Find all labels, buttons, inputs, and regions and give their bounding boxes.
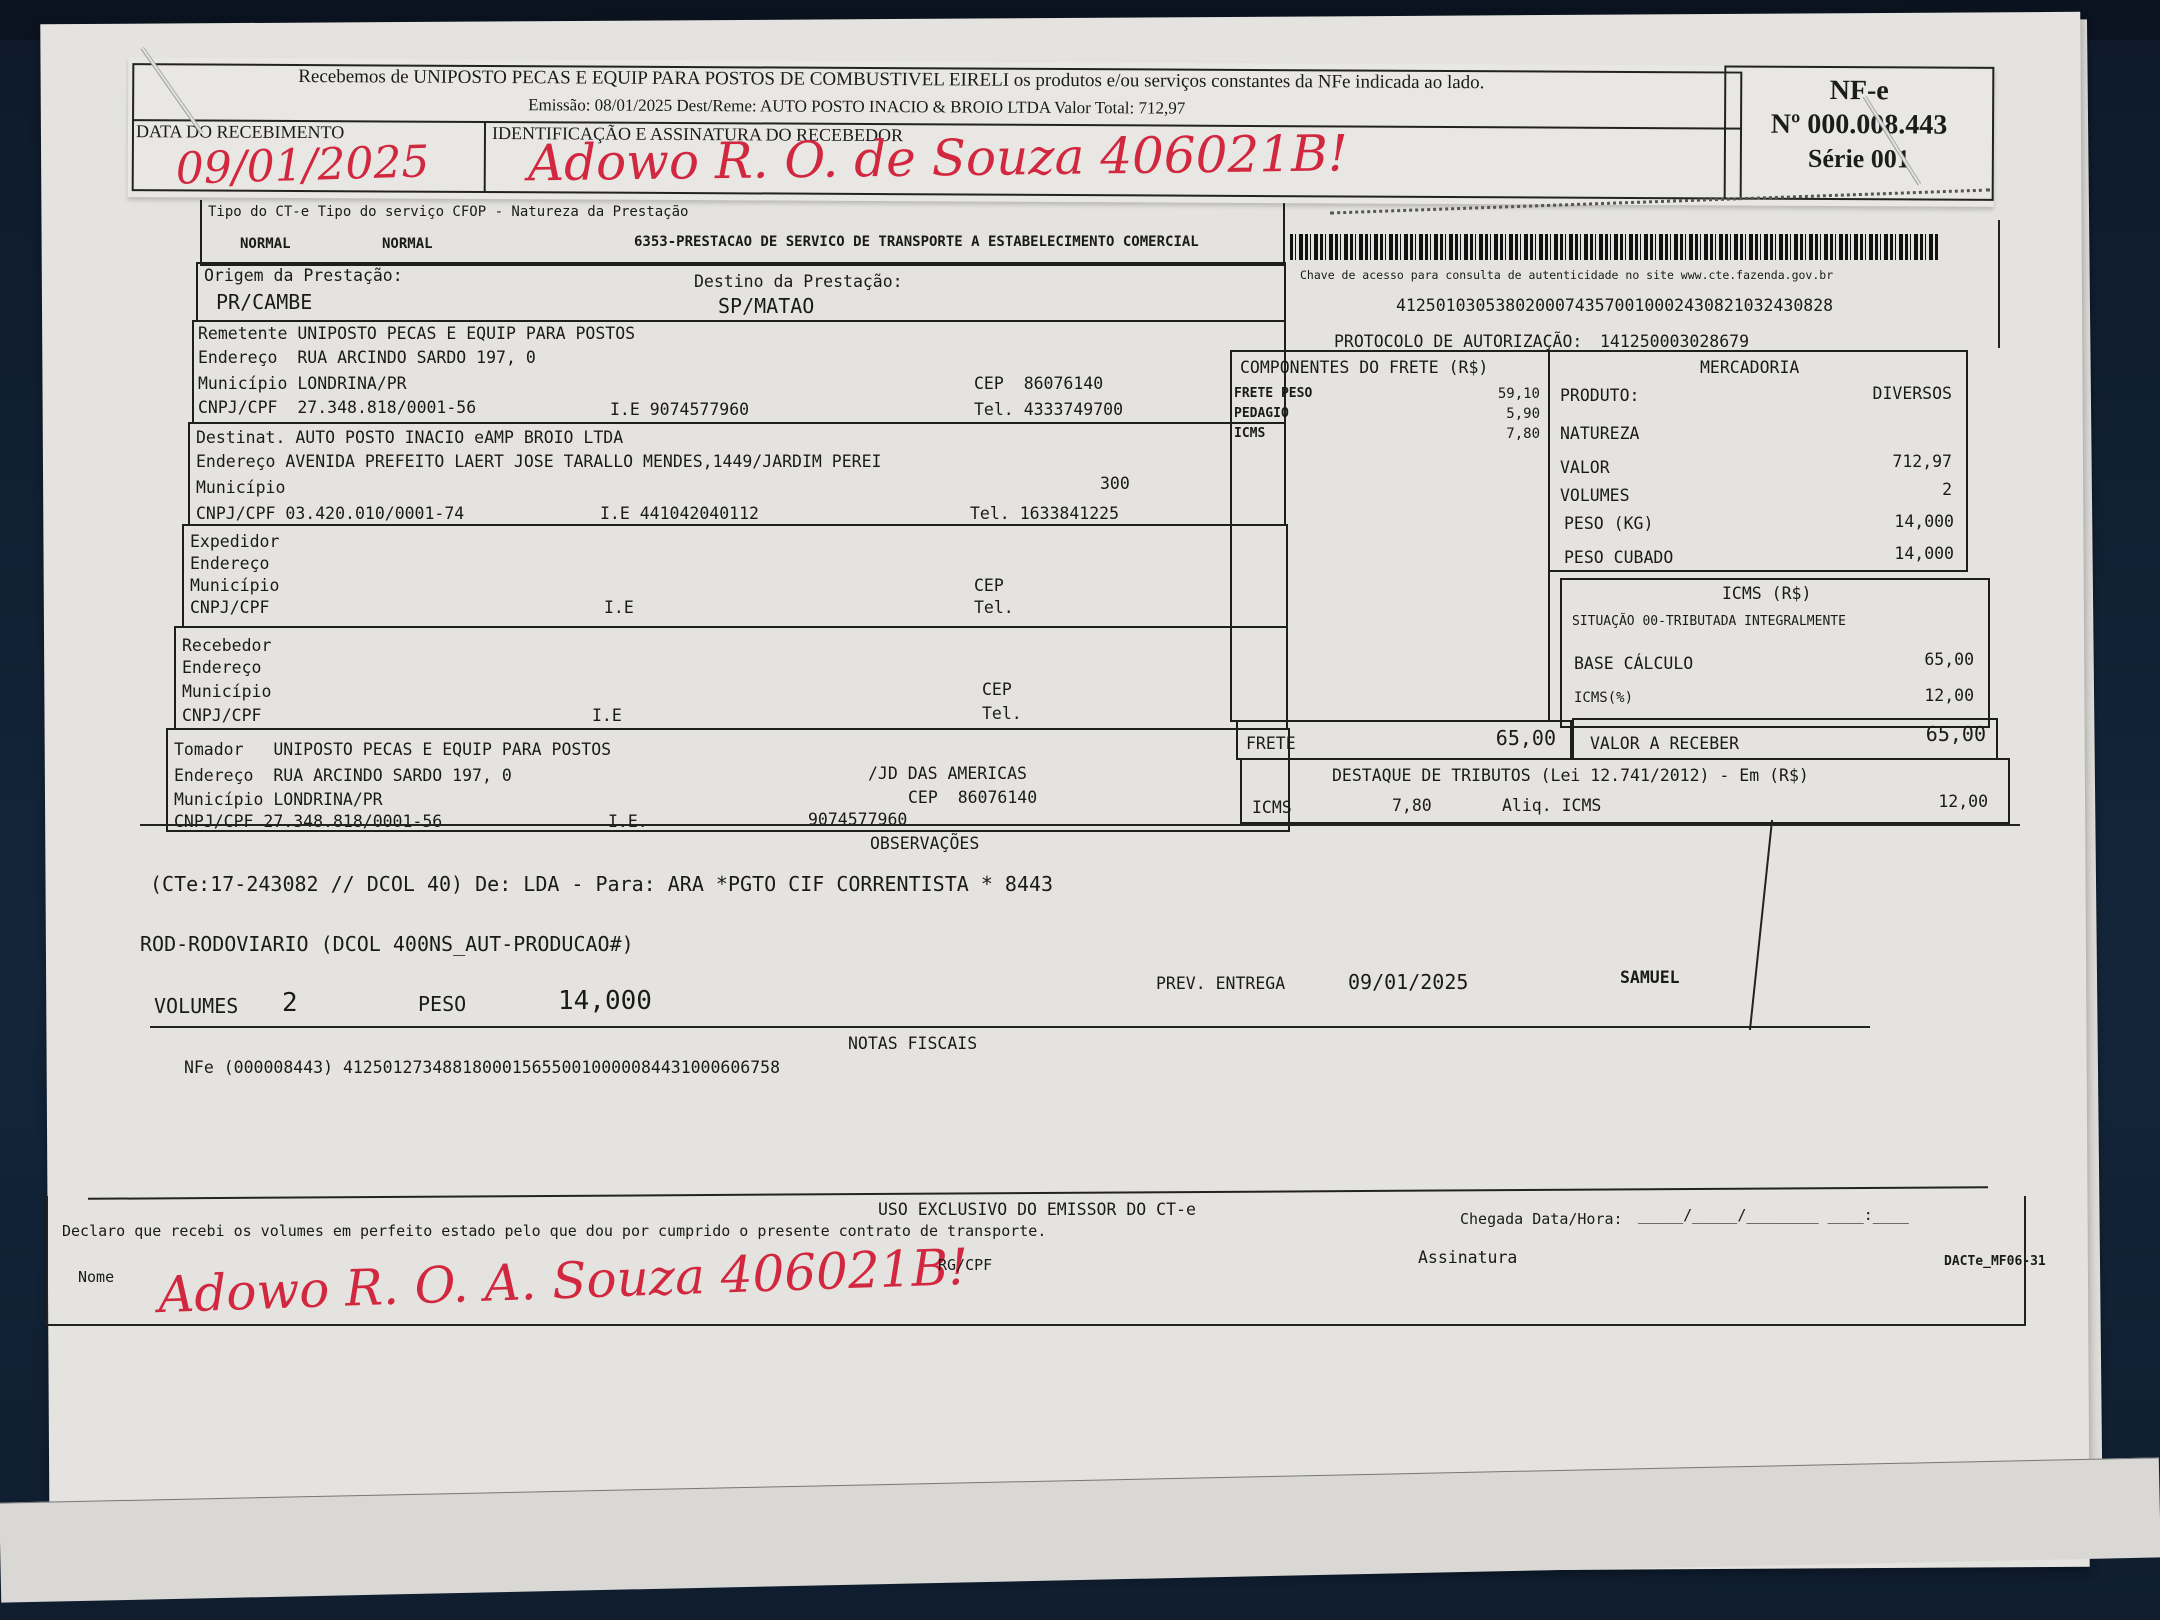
name-label: Nome	[78, 1268, 114, 1286]
access-key-value[interactable]: 4125010305380200074357001000243082103243…	[1396, 296, 1833, 315]
recipient-name: AUTO POSTO INACIO eAMP BROIO LTDA	[295, 428, 623, 447]
authorization-protocol-label: PROTOCOLO DE AUTORIZAÇÃO:	[1334, 332, 1582, 351]
value-label: VALOR	[1560, 458, 1610, 477]
divider	[150, 1026, 1870, 1028]
recipient-cep: 300	[1100, 474, 1130, 493]
sender-tel: 4333749700	[1024, 400, 1123, 419]
component-value: 7,80	[1506, 426, 1540, 442]
address-label: Endereço	[190, 554, 269, 573]
form-code: DACTe_MF06-31	[1944, 1254, 2046, 1269]
product-value: DIVERSOS	[1873, 384, 1952, 403]
cep-label: CEP	[974, 374, 1004, 393]
calc-base-value: 65,00	[1924, 650, 1974, 669]
cte-type-section: Tipo do CT-e Tipo do serviço CFOP - Natu…	[200, 200, 1285, 266]
payer-label: Tomador	[174, 740, 244, 759]
obs-volumes-label: VOLUMES	[154, 994, 238, 1018]
cte-form: Tipo do CT-e Tipo do serviço CFOP - Natu…	[60, 200, 2070, 1340]
payer-name: UNIPOSTO PECAS E EQUIP PARA POSTOS	[273, 740, 611, 759]
service-type: NORMAL	[382, 236, 433, 252]
origin-value: PR/CAMBE	[216, 290, 312, 314]
expected-delivery-label: PREV. ENTREGA	[1156, 974, 1285, 993]
tel-label: Tel.	[982, 704, 1022, 723]
shipper-section: Expedidor Endereço Município CEP CNPJ/CP…	[182, 524, 1288, 628]
tax-icms-value: 7,80	[1392, 796, 1432, 815]
payer-section: Tomador UNIPOSTO PECAS E EQUIP PARA POST…	[166, 728, 1290, 832]
recipient-tel: 1633841225	[1020, 504, 1119, 523]
amount-receivable-label: VALOR A RECEBER	[1590, 734, 1739, 753]
recipient-address: AVENIDA PREFEITO LAERT JOSE TARALLO MEND…	[285, 452, 881, 471]
recipient-ie: 441042040112	[640, 504, 759, 523]
shipper-label: Expedidor	[190, 532, 279, 551]
delivery-declaration: Declaro que recebi os volumes em perfeit…	[62, 1222, 1046, 1240]
nfe-number-box: NF-e Nº 000.008.443 Série 001	[1724, 65, 1995, 200]
cte-type: NORMAL	[240, 236, 291, 252]
cubic-weight-label: PESO CUBADO	[1564, 548, 1673, 567]
receiver-signature-field[interactable]: IDENTIFICAÇÃO E ASSINATURA DO RECEBEDOR …	[488, 121, 1724, 199]
payer-city: LONDRINA/PR	[273, 790, 382, 809]
address-label: Endereço	[198, 348, 277, 367]
city-label: Município	[190, 576, 279, 595]
receiver-label: Recebedor	[182, 636, 271, 655]
freight-components-title: COMPONENTES DO FRETE (R$)	[1240, 358, 1488, 377]
ie-label: I.E	[592, 706, 622, 725]
barcode-icon	[1290, 234, 1940, 260]
tel-label: Tel.	[970, 504, 1010, 523]
component-label: PEDAGIO	[1234, 406, 1289, 421]
ie-label: I.E	[610, 400, 640, 419]
invoices-title: NOTAS FISCAIS	[848, 1034, 977, 1053]
ie-label: I.E	[600, 504, 630, 523]
payer-cep: 86076140	[958, 788, 1037, 807]
destination-value: SP/MATAO	[718, 294, 814, 318]
weight-value: 14,000	[1894, 512, 1954, 531]
weight-label: PESO (KG)	[1564, 514, 1653, 533]
sender-city: LONDRINA/PR	[297, 374, 406, 393]
cte-type-header: Tipo do CT-e Tipo do serviço CFOP - Natu…	[208, 204, 688, 220]
tel-label: Tel.	[974, 598, 1014, 617]
freight-total-box: FRETE 65,00	[1236, 720, 1572, 760]
destination-label: Destino da Prestação:	[694, 272, 903, 291]
handwritten-signature: Adowo R. O. de Souza 406021B!	[528, 124, 1349, 192]
merchandise-title: MERCADORIA	[1700, 358, 1799, 377]
observations-section: OBSERVAÇÕES (CTe:17-243082 // DCOL 40) D…	[140, 824, 1800, 1024]
tax-breakdown-title: DESTAQUE DE TRIBUTOS (Lei 12.741/2012) -…	[1332, 766, 1809, 785]
amount-receivable-value: 65,00	[1926, 722, 1986, 746]
cep-label: CEP	[908, 788, 938, 807]
freight-total-value: 65,00	[1496, 726, 1556, 750]
component-value: 59,10	[1498, 386, 1540, 402]
value-amount: 712,97	[1892, 452, 1952, 471]
authorization-protocol-value: 141250003028679	[1600, 332, 1749, 351]
freight-components-section: COMPONENTES DO FRETE (R$) FRETE PESO 59,…	[1230, 350, 1550, 722]
calc-base-label: BASE CÁLCULO	[1574, 654, 1693, 673]
icms-title: ICMS (R$)	[1722, 584, 1811, 603]
obs-weight-value: 14,000	[558, 986, 652, 1016]
sender-ie: 9074577960	[650, 400, 749, 419]
city-label: Município	[198, 374, 287, 393]
nfe-title: NF-e	[1726, 73, 1992, 108]
volumes-label: VOLUMES	[1560, 486, 1630, 505]
sender-cnpj: 27.348.818/0001-56	[297, 398, 476, 417]
tax-breakdown-section: DESTAQUE DE TRIBUTOS (Lei 12.741/2012) -…	[1240, 758, 2010, 824]
component-label: ICMS	[1234, 426, 1265, 441]
recipient-section: Destinat. AUTO POSTO INACIO eAMP BROIO L…	[188, 422, 1286, 526]
carrier-use-title: USO EXCLUSIVO DO EMISSOR DO CT-e	[878, 1200, 1196, 1219]
nature-label: NATUREZA	[1560, 424, 1639, 443]
icms-situation: SITUAÇÃO 00-TRIBUTADA INTEGRALMENTE	[1572, 614, 1846, 629]
cnpj-label: CNPJ/CPF	[198, 398, 277, 417]
cfop-nature: 6353-PRESTACAO DE SERVICO DE TRANSPORTE …	[634, 234, 1199, 250]
responsible-name: SAMUEL	[1620, 968, 1680, 987]
address-label: Endereço	[182, 658, 261, 677]
city-label: Município	[182, 682, 271, 701]
component-label: FRETE PESO	[1234, 386, 1312, 401]
arrival-datetime-label: Chegada Data/Hora:	[1460, 1210, 1623, 1228]
component-value: 5,90	[1506, 406, 1540, 422]
observations-title: OBSERVAÇÕES	[870, 834, 979, 853]
sender-section: Remetente UNIPOSTO PECAS E EQUIP PARA PO…	[192, 320, 1286, 424]
observations-line-1: (CTe:17-243082 // DCOL 40) De: LDA - Par…	[150, 872, 1053, 896]
cnpj-label: CNPJ/CPF	[182, 706, 261, 725]
obs-weight-label: PESO	[418, 992, 466, 1016]
sender-cep: 86076140	[1024, 374, 1103, 393]
obs-volumes-value: 2	[282, 988, 298, 1018]
nfe-serie: Série 001	[1726, 141, 1992, 176]
access-key-label: Chave de acesso para consulta de autenti…	[1300, 268, 1833, 282]
receipt-stub: Recebemos de UNIPOSTO PECAS E EQUIP PARA…	[128, 57, 1995, 207]
carrier-use-section: USO EXCLUSIVO DO EMISSOR DO CT-e Declaro…	[46, 1196, 2026, 1326]
volumes-value: 2	[1942, 480, 1952, 499]
handwritten-name: Adowo R. O. A. Souza 406021B!	[157, 1238, 969, 1324]
receiver-section: Recebedor Endereço Município CEP CNPJ/CP…	[174, 626, 1288, 730]
cep-label: CEP	[974, 576, 1004, 595]
payer-district: /JD DAS AMERICAS	[868, 764, 1027, 783]
city-label: Município	[196, 478, 285, 497]
recipient-cnpj: 03.420.010/0001-74	[285, 504, 464, 523]
route-section: Origem da Prestação: PR/CAMBE Destino da…	[196, 262, 1286, 322]
tax-icms-label: ICMS	[1252, 798, 1292, 817]
invoice-line: NFe (000008443) 412501273488180001565500…	[184, 1058, 780, 1077]
cubic-weight-value: 14,000	[1894, 544, 1954, 563]
receipt-emission-info: Emissão: 08/01/2025 Dest/Reme: AUTO POST…	[528, 95, 1185, 118]
address-label: Endereço	[174, 766, 253, 785]
sender-address: RUA ARCINDO SARDO 197, 0	[297, 348, 535, 367]
tax-rate-label: Aliq. ICMS	[1502, 796, 1601, 815]
city-label: Município	[174, 790, 263, 809]
invoices-section: NOTAS FISCAIS NFe (000008443) 4125012734…	[130, 1030, 1930, 1180]
handwritten-date: 09/01/2025	[175, 136, 430, 195]
cnpj-label: CNPJ/CPF	[190, 598, 269, 617]
origin-label: Origem da Prestação:	[204, 266, 403, 285]
cep-label: CEP	[982, 680, 1012, 699]
recipient-label: Destinat.	[196, 428, 285, 447]
receipt-date-field[interactable]: DATA DO RECEBIMENTO 09/01/2025	[132, 119, 486, 193]
signature-label: Assinatura	[1418, 1248, 1517, 1267]
icms-rate-value: 12,00	[1924, 686, 1974, 705]
rg-cpf-label: RG/CPF	[938, 1256, 992, 1274]
icms-rate-label: ICMS(%)	[1574, 690, 1633, 706]
observations-line-2: ROD-RODOVIARIO (DCOL 400NS_AUT-PRODUCAO#…	[140, 932, 634, 956]
amount-receivable-box: VALOR A RECEBER 65,00	[1572, 718, 1998, 760]
cnpj-label: CNPJ/CPF	[196, 504, 275, 523]
merchandise-section: MERCADORIA PRODUTO: DIVERSOS NATUREZA VA…	[1548, 350, 1968, 572]
access-key-section: Chave de acesso para consulta de autenti…	[1230, 220, 2000, 348]
address-label: Endereço	[196, 452, 275, 471]
icms-section: ICMS (R$) SITUAÇÃO 00-TRIBUTADA INTEGRAL…	[1560, 578, 1990, 728]
sender-name: UNIPOSTO PECAS E EQUIP PARA POSTOS	[297, 324, 635, 343]
ie-label: I.E	[604, 598, 634, 617]
tel-label: Tel.	[974, 400, 1014, 419]
arrival-datetime-field[interactable]: _____/_____/________ ____:____	[1638, 1206, 1909, 1224]
nfe-number: Nº 000.008.443	[1726, 107, 1992, 142]
freight-total-label: FRETE	[1246, 734, 1296, 753]
sender-label: Remetente	[198, 324, 287, 343]
product-label: PRODUTO:	[1560, 386, 1639, 405]
tax-rate-value: 12,00	[1938, 792, 1988, 811]
expected-delivery-value: 09/01/2025	[1348, 970, 1468, 994]
payer-address: RUA ARCINDO SARDO 197, 0	[273, 766, 511, 785]
